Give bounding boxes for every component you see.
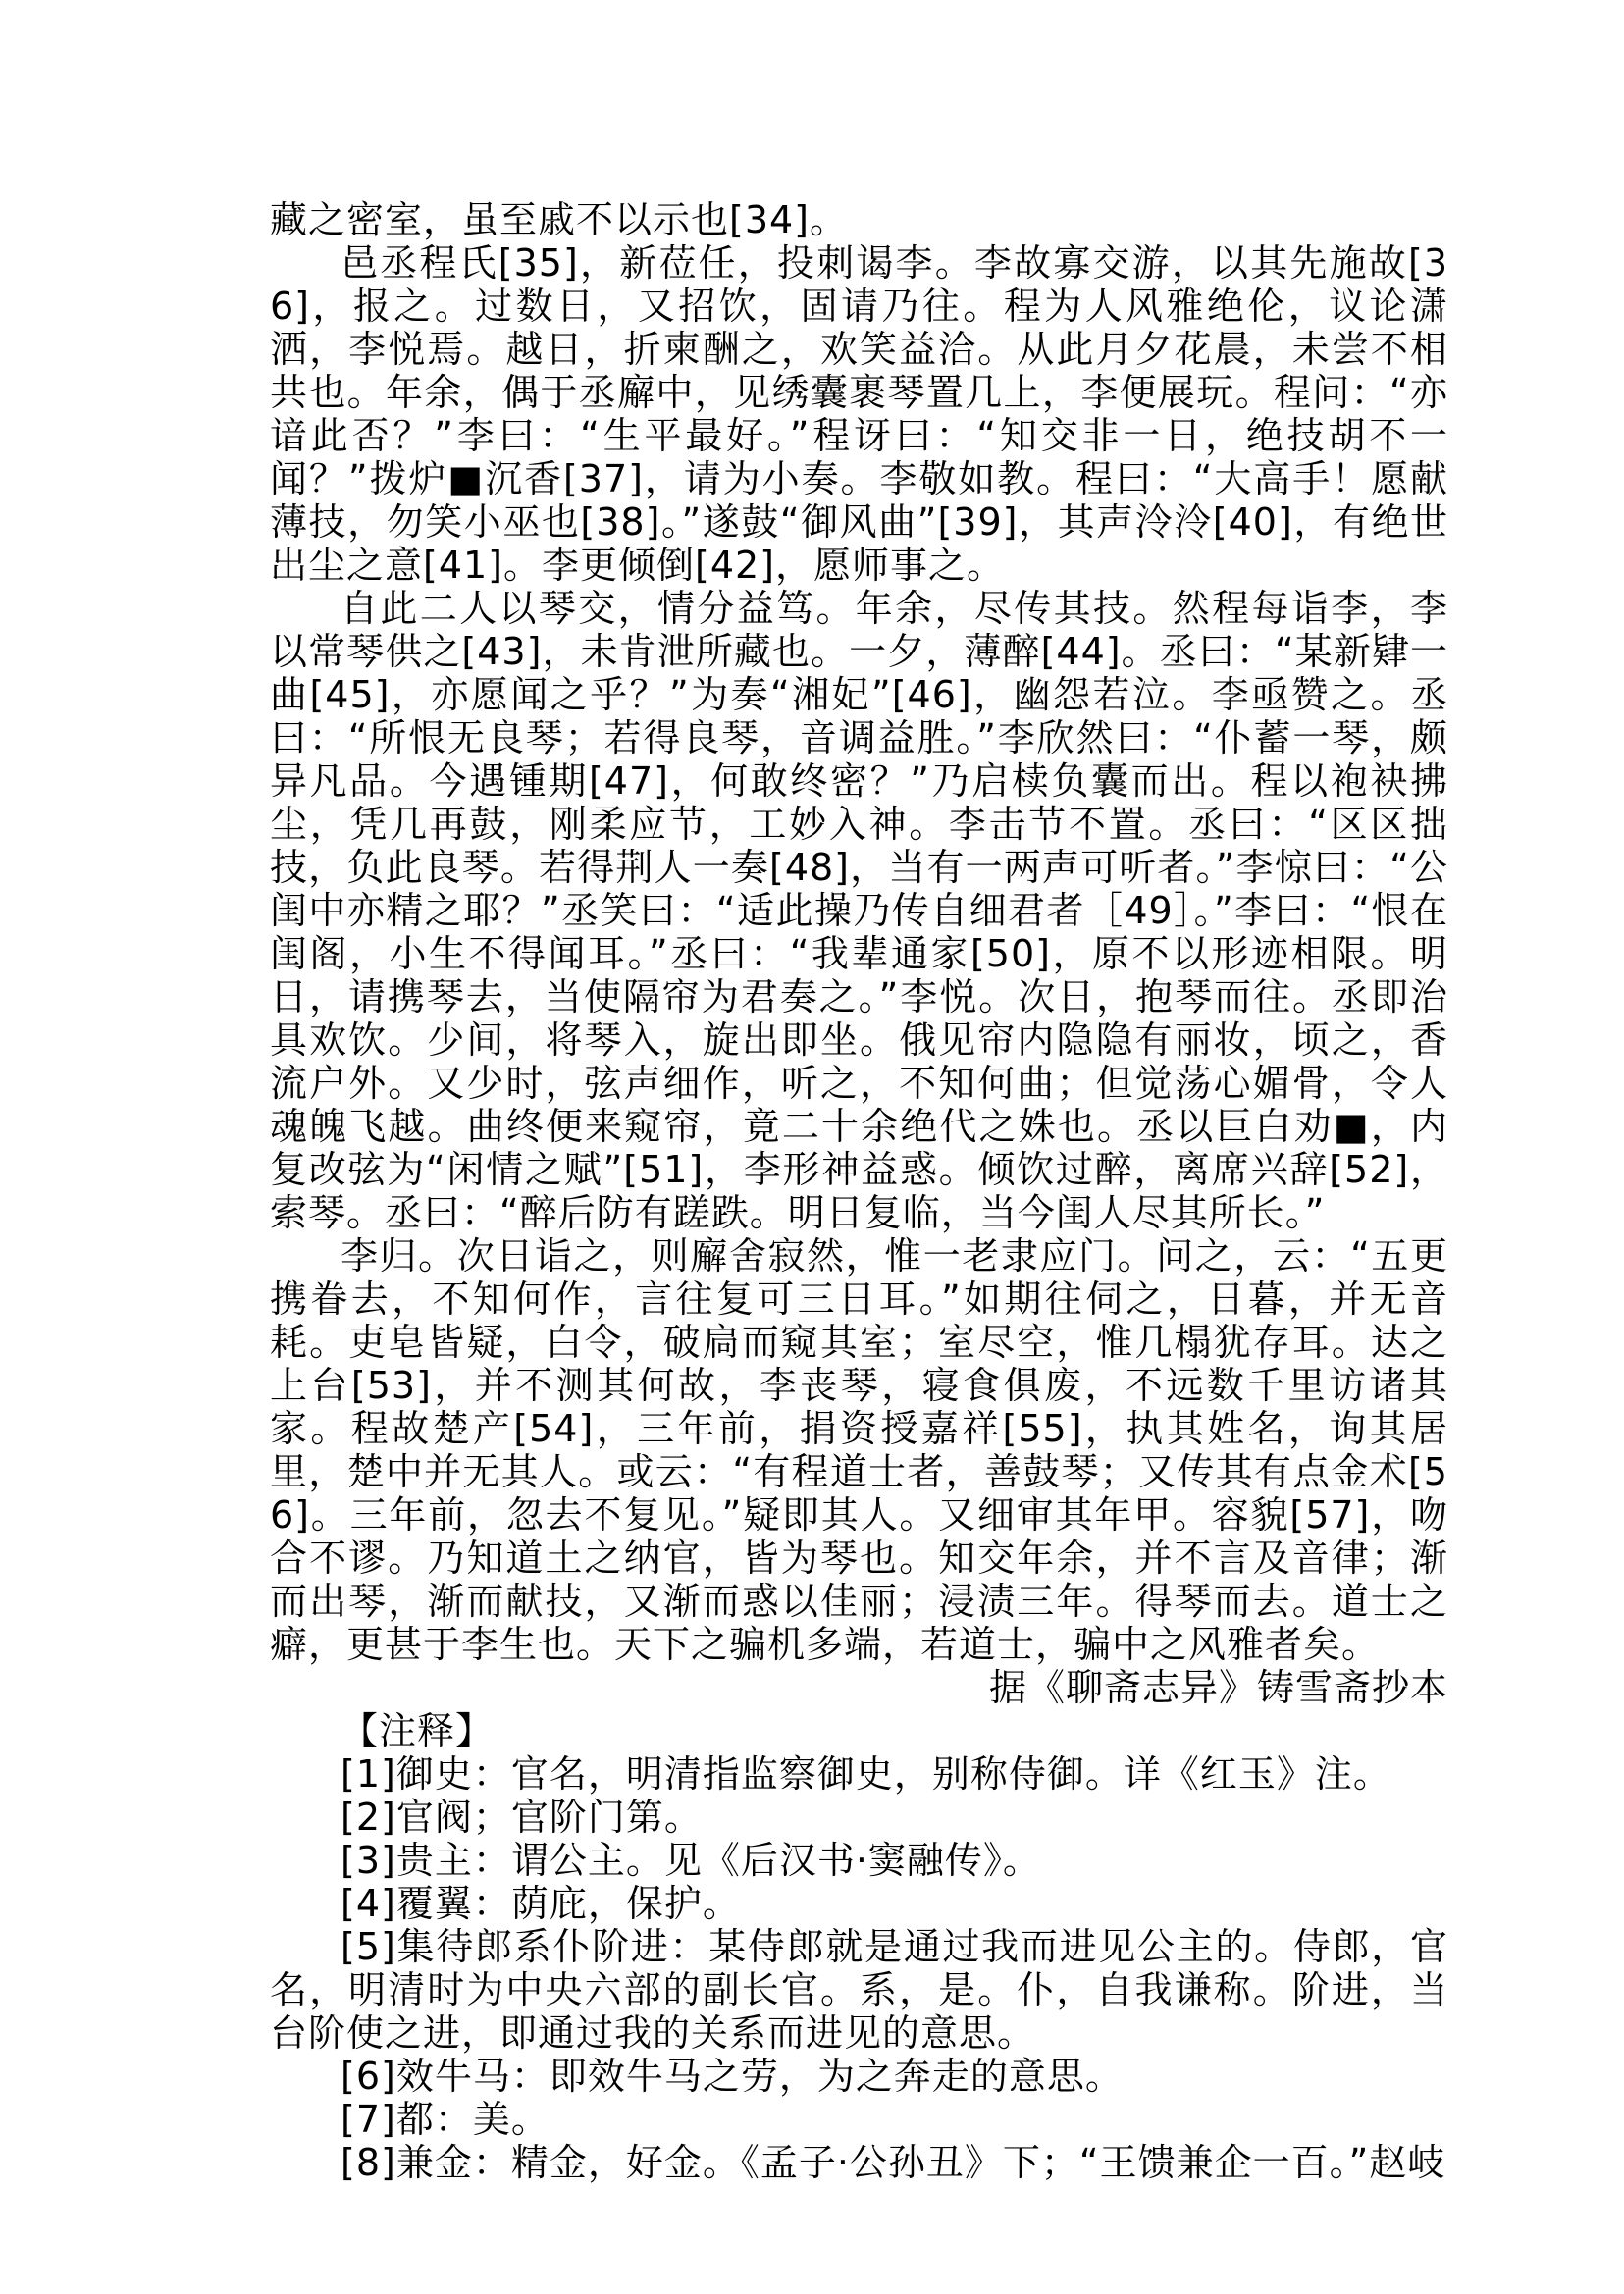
note-item-6: [6]效牛马：即效牛马之劳，为之奔走的意思。 [270,2055,1448,2098]
story-paragraph: 自此二人以琴交，情分益笃。年余，尽传其技。然程每诣李，李以常琴供之[43]，未肯… [270,587,1448,1234]
note-item-4: [4]覆翼：荫庇，保护。 [270,1882,1448,1925]
note-item-2: [2]官阀；官阶门第。 [270,1796,1448,1839]
notes-header: 【注释】 [270,1709,1448,1752]
story-paragraph: 李归。次日诣之，则廨舍寂然，惟一老隶应门。问之，云：“五更携眷去，不知何作，言往… [270,1234,1448,1666]
story-paragraph-continuation: 藏之密室，虽至戚不以示也[34]。 [270,198,1448,241]
note-item-1: [1]御史：官名，明清指监察御史，别称侍御。详《红玉》注。 [270,1752,1448,1796]
note-item-7: [7]都：美。 [270,2098,1448,2141]
note-item-5: [5]集待郎系仆阶进：某侍郎就是通过我而进见公主的。侍郎，官名，明清时为中央六部… [270,1925,1448,2055]
text-block: 藏之密室，虽至戚不以示也[34]。邑丞程氏[35]，新莅任，投刺谒李。李故寡交游… [270,198,1448,2184]
source-attribution: 据《聊斋志异》铸雪斋抄本 [270,1666,1448,1709]
story-paragraph: 邑丞程氏[35]，新莅任，投刺谒李。李故寡交游，以其先施故[36]，报之。过数日… [270,241,1448,587]
document-page: 藏之密室，虽至戚不以示也[34]。邑丞程氏[35]，新莅任，投刺谒李。李故寡交游… [0,0,1624,2294]
note-item-3: [3]贵主：谓公主。见《后汉书·窦融传》。 [270,1839,1448,1882]
note-item-8: [8]兼金：精金，好金。《孟子·公孙丑》下；“王馈兼企一百。”赵岐 [270,2141,1448,2184]
